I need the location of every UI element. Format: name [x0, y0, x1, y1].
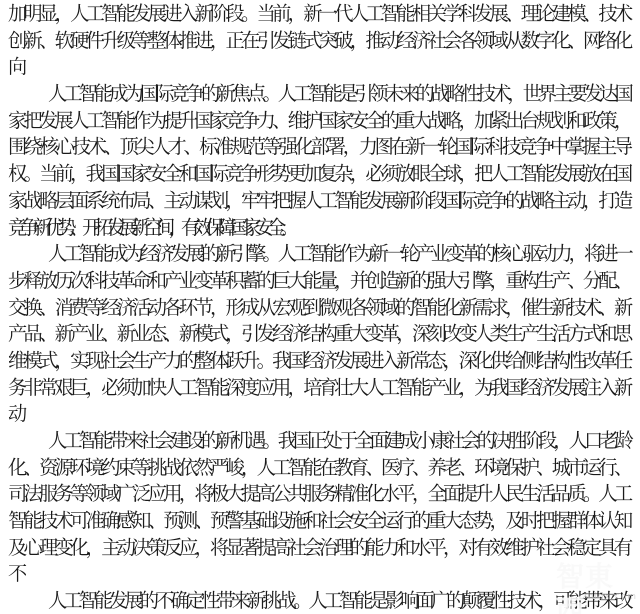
text-line: 维模式，实现社会生产力的整体跃升。我国经济发展进入新常态，深化供给侧结构性改革任: [8, 348, 630, 375]
text-line: 司法服务等领域广泛应用，将极大提高公共服务精准化水平，全面提升人民生活品质。人工: [8, 481, 630, 508]
text-line: 智能技术可准确感知、预测、预警基础设施和社会安全运行的重大态势，及时把握群体认知: [8, 508, 630, 535]
text-line: 务非常艰巨，必须加快人工智能深度应用，培育壮大人工智能产业，为我国经济发展注入新: [8, 375, 630, 402]
paragraph: 人工智能成为经济发展的新引擎。人工智能作为新一轮产业变革的核心驱动力，将进一 步…: [8, 241, 630, 428]
text-line: 家战略层面系统布局、主动谋划，牢牢把握人工智能发展新阶段国际竞争的战略主动，打造: [8, 188, 630, 215]
text-line: 不可替代的作用。: [8, 561, 630, 588]
text-line: 加明显，人工智能发展进入新阶段。当前，新一代人工智能相关学科发展、理论建模、技术: [8, 1, 630, 28]
paragraph: 加明显，人工智能发展进入新阶段。当前，新一代人工智能相关学科发展、理论建模、技术…: [8, 1, 630, 81]
paragraph: 人工智能发展的不确定性带来新挑战。人工智能是影响面广的颠覆性技术，可能带来改: [8, 588, 630, 614]
text-line: 权。当前，我国国家安全和国际竞争形势更加复杂，必须放眼全球，把人工智能发展放在国: [8, 161, 630, 188]
document-page: 加明显，人工智能发展进入新阶段。当前，新一代人工智能相关学科发展、理论建模、技术…: [8, 1, 630, 614]
text-line: 人工智能发展的不确定性带来新挑战。人工智能是影响面广的颠覆性技术，可能带来改: [8, 588, 630, 614]
text-line: 产品、新产业、新业态、新模式，引发经济结构重大变革，深刻改变人类生产生活方式和思: [8, 321, 630, 348]
text-line: 围绕核心技术、顶尖人才、标准规范等强化部署，力图在新一轮国际科技竞争中掌握主导: [8, 134, 630, 161]
text-line: 动能。: [8, 401, 630, 428]
watermark-logo: 智東西: [556, 560, 638, 594]
text-line: 竞争新优势、开拓发展新空间，有效保障国家安全。: [8, 215, 630, 242]
paragraph: 人工智能带来社会建设的新机遇。我国正处于全面建成小康社会的决胜阶段，人口老龄 化…: [8, 428, 630, 588]
text-line: 人工智能带来社会建设的新机遇。我国正处于全面建成小康社会的决胜阶段，人口老龄: [8, 428, 630, 455]
text-line: 创新、软硬件升级等整体推进，正在引发链式突破，推动经济社会各领域从数字化、网络化: [8, 28, 630, 55]
text-line: 人工智能成为国际竞争的新焦点。人工智能是引领未来的战略性技术，世界主要发达国: [8, 81, 630, 108]
text-line: 及心理变化，主动决策反应，将显著提高社会治理的能力和水平，对有效维护社会稳定具有: [8, 535, 630, 562]
paragraph: 人工智能成为国际竞争的新焦点。人工智能是引领未来的战略性技术，世界主要发达国 家…: [8, 81, 630, 241]
text-line: 化、资源环境约束等挑战依然严峻，人工智能在教育、医疗、养老、环境保护、城市运行、: [8, 455, 630, 482]
text-line: 家把发展人工智能作为提升国家竞争力、维护国家安全的重大战略，加紧出台规划和政策，: [8, 108, 630, 135]
text-line: 向智能化加速跃升。: [8, 54, 630, 81]
text-line: 人工智能成为经济发展的新引擎。人工智能作为新一轮产业变革的核心驱动力，将进一: [8, 241, 630, 268]
watermark-url: zhidx.com: [582, 592, 637, 602]
text-line: 步释放历次科技革命和产业变革积蓄的巨大能量，并创造新的强大引擎，重构生产、分配、: [8, 268, 630, 295]
text-line: 交换、消费等经济活动各环节，形成从宏观到微观各领域的智能化新需求，催生新技术、新: [8, 295, 630, 322]
